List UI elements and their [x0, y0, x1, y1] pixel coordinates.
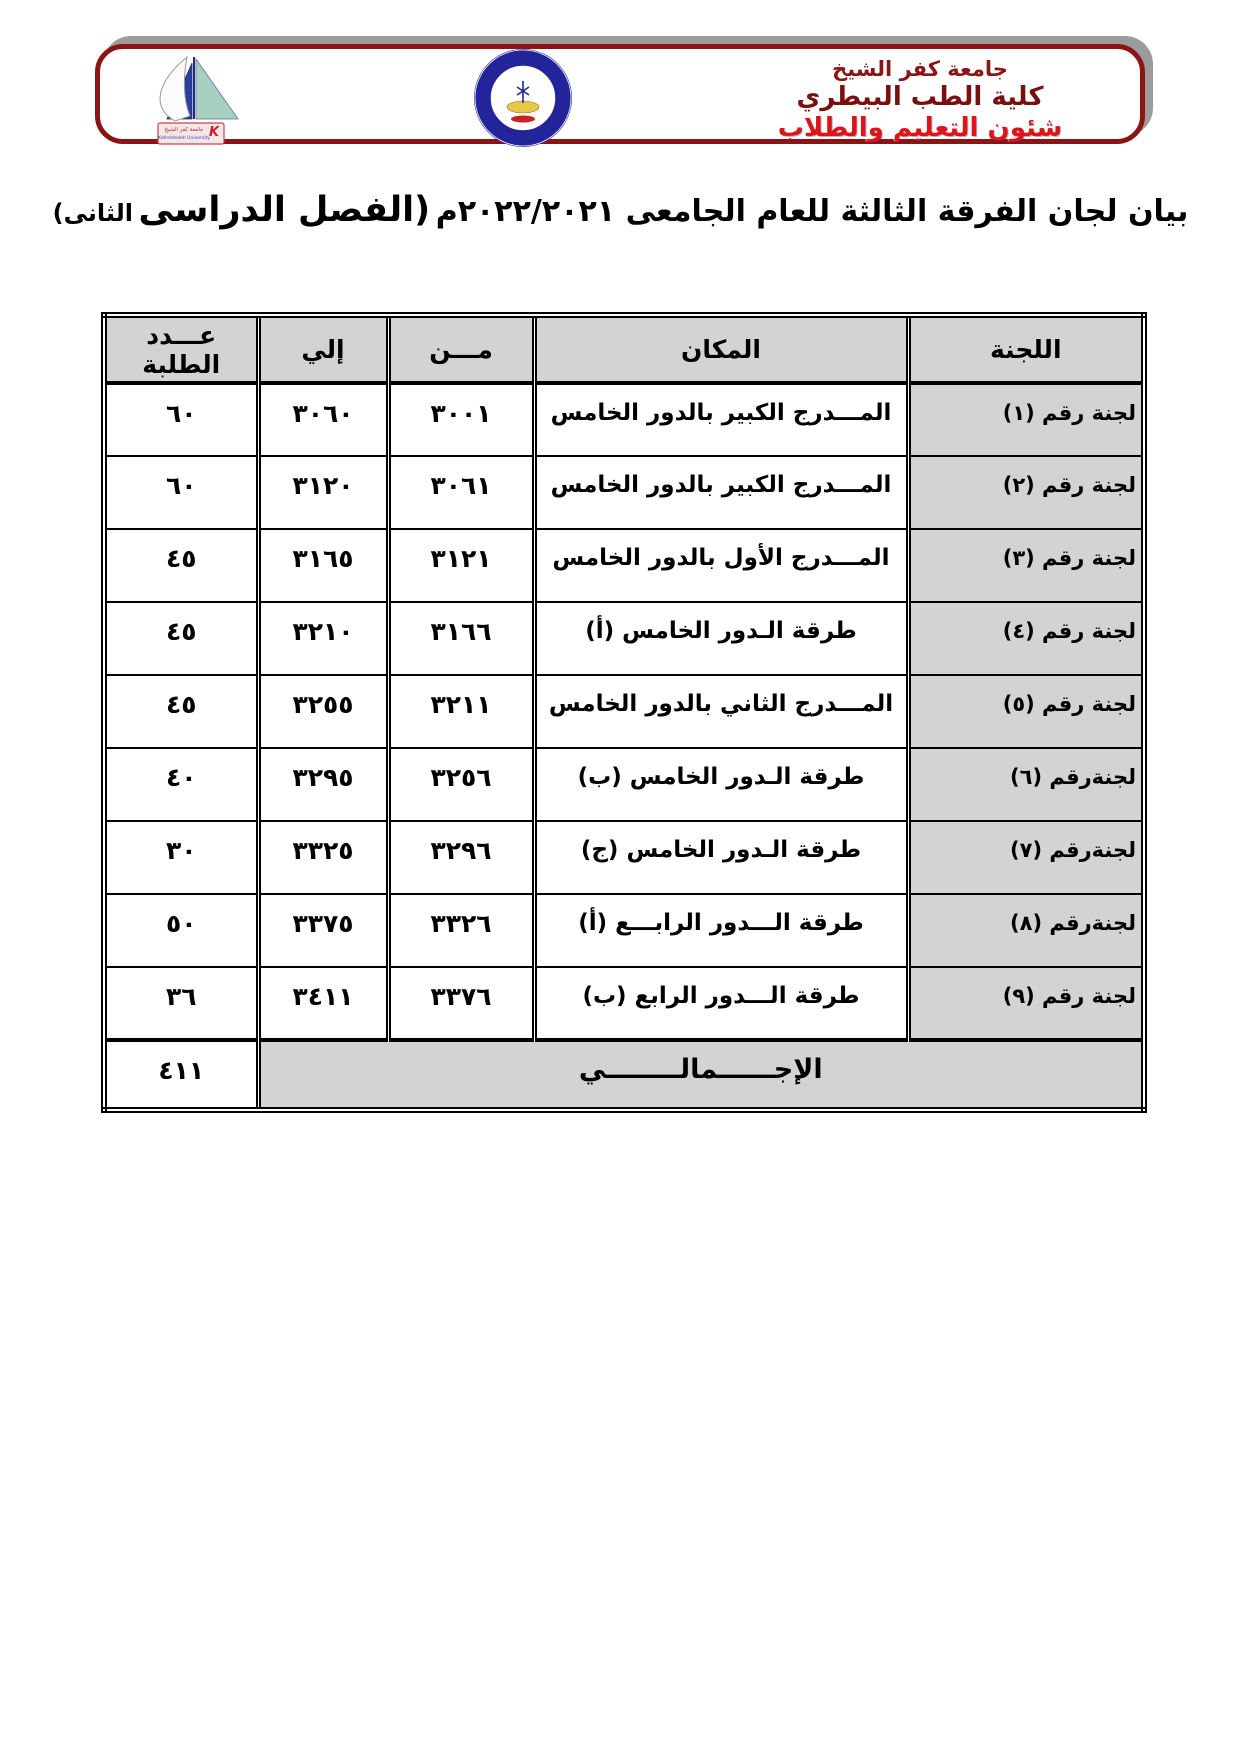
department-name: شئون التعليم والطلاب [755, 113, 1085, 144]
seal-ring-text: كلية معتمدة من الهيئة القومية لضمان جودة… [472, 47, 476, 49]
place-cell: المـــدرج الكبير بالدور الخامس [534, 383, 908, 456]
table-row: لجنة رقم (٩) طرقة الـــدور الرابع (ب) ٣٣… [104, 967, 1144, 1040]
count-cell: ٦٠ [104, 456, 258, 529]
to-cell: ٣٢١٠ [258, 602, 388, 675]
to-cell: ٣١٢٠ [258, 456, 388, 529]
to-cell: ٣٢٩٥ [258, 748, 388, 821]
from-cell: ٣٠٦١ [388, 456, 534, 529]
title-semester-tail: الثانى) [53, 199, 133, 227]
place-cell: طرقة الـــدور الرابع (ب) [534, 967, 908, 1040]
to-cell: ٣٠٦٠ [258, 383, 388, 456]
from-cell: ٣٠٠١ [388, 383, 534, 456]
col-header-count: عـــدد الطلبة [104, 315, 258, 383]
to-cell: ٣٣٧٥ [258, 894, 388, 967]
col-header-committee: اللجنة [908, 315, 1144, 383]
header-banner: K جامعة كفر الشيخ Kafrelsheikh Universit… [95, 44, 1145, 144]
count-cell: ٤٠ [104, 748, 258, 821]
document-page: K جامعة كفر الشيخ Kafrelsheikh Universit… [0, 0, 1241, 1755]
to-cell: ٣٢٥٥ [258, 675, 388, 748]
place-cell: المـــدرج الكبير بالدور الخامس [534, 456, 908, 529]
from-cell: ٣٢٥٦ [388, 748, 534, 821]
col-header-to: إلي [258, 315, 388, 383]
university-sailboat-logo: K جامعة كفر الشيخ Kafrelsheikh Universit… [142, 55, 242, 147]
table-row: لجنة رقم (٥) المـــدرج الثاني بالدور الخ… [104, 675, 1144, 748]
total-row: الإجــــــمالــــــــي ٤١١ [104, 1040, 1144, 1110]
committee-cell: لجنة رقم (٢) [908, 456, 1144, 529]
committee-cell: لجنة رقم (٥) [908, 675, 1144, 748]
table-row: لجنة رقم (٣) المـــدرج الأول بالدور الخا… [104, 529, 1144, 602]
table-row: لجنة رقم (١) المـــدرج الكبير بالدور الخ… [104, 383, 1144, 456]
table-row: لجنةرقم (٧) طرقة الـدور الخامس (ج) ٣٢٩٦ … [104, 821, 1144, 894]
to-cell: ٣٤١١ [258, 967, 388, 1040]
committee-cell: لجنة رقم (١) [908, 383, 1144, 456]
table-row: لجنة رقم (٢) المـــدرج الكبير بالدور الخ… [104, 456, 1144, 529]
count-cell: ٤٥ [104, 602, 258, 675]
table-row: لجنةرقم (٨) طرقة الـــدور الرابـــع (أ) … [104, 894, 1144, 967]
logo-caption-arabic: جامعة كفر الشيخ [165, 126, 204, 133]
count-cell: ٣٦ [104, 967, 258, 1040]
from-cell: ٣١٦٦ [388, 602, 534, 675]
to-cell: ٣٣٢٥ [258, 821, 388, 894]
table-row: لجنةرقم (٦) طرقة الـدور الخامس (ب) ٣٢٥٦ … [104, 748, 1144, 821]
from-cell: ٣١٢١ [388, 529, 534, 602]
table-row: لجنة رقم (٤) طرقة الـدور الخامس (أ) ٣١٦٦… [104, 602, 1144, 675]
header-text-block: جامعة كفر الشيخ كلية الطب البيطري شئون ا… [755, 57, 1085, 145]
from-cell: ٣٣٢٦ [388, 894, 534, 967]
total-value-cell: ٤١١ [104, 1040, 258, 1110]
to-cell: ٣١٦٥ [258, 529, 388, 602]
count-cell: ٥٠ [104, 894, 258, 967]
place-cell: المـــدرج الأول بالدور الخامس [534, 529, 908, 602]
logo-caption-english: Kafrelsheikh University [158, 135, 210, 141]
count-cell: ٦٠ [104, 383, 258, 456]
place-cell: طرقة الـدور الخامس (أ) [534, 602, 908, 675]
committee-cell: لجنةرقم (٧) [908, 821, 1144, 894]
faculty-name: كلية الطب البيطري [755, 82, 1085, 113]
from-cell: ٣٢٩٦ [388, 821, 534, 894]
committee-cell: لجنة رقم (٤) [908, 602, 1144, 675]
sailboat-icon: K جامعة كفر الشيخ Kafrelsheikh Universit… [142, 55, 242, 147]
committee-cell: لجنة رقم (٣) [908, 529, 1144, 602]
count-cell: ٤٥ [104, 529, 258, 602]
committee-cell: لجنةرقم (٦) [908, 748, 1144, 821]
svg-text:كلية معتمدة من الهيئة القومية: كلية معتمدة من الهيئة القومية لضمان جودة… [472, 47, 476, 49]
place-cell: المـــدرج الثاني بالدور الخامس [534, 675, 908, 748]
count-cell: ٣٠ [104, 821, 258, 894]
committee-cell: لجنةرقم (٨) [908, 894, 1144, 967]
accreditation-seal: كلية معتمدة من الهيئة القومية لضمان جودة… [472, 47, 574, 149]
committee-cell: لجنة رقم (٩) [908, 967, 1144, 1040]
total-label-cell: الإجــــــمالــــــــي [258, 1040, 1144, 1110]
count-cell: ٤٥ [104, 675, 258, 748]
place-cell: طرقة الـدور الخامس (ج) [534, 821, 908, 894]
place-cell: طرقة الـــدور الرابـــع (أ) [534, 894, 908, 967]
seal-icon: كلية معتمدة من الهيئة القومية لضمان جودة… [472, 47, 574, 149]
university-name: جامعة كفر الشيخ [755, 57, 1085, 82]
logo-k-letter: K [209, 125, 220, 140]
col-header-from: مـــن [388, 315, 534, 383]
place-cell: طرقة الـدور الخامس (ب) [534, 748, 908, 821]
title-main: بيان لجان الفرقة الثالثة للعام الجامعى ٢… [436, 194, 1189, 229]
page-title: بيان لجان الفرقة الثالثة للعام الجامعى ٢… [0, 190, 1241, 230]
committees-table: اللجنة المكان مـــن إلي عـــدد الطلبة لج… [101, 312, 1147, 1113]
from-cell: ٣٢١١ [388, 675, 534, 748]
from-cell: ٣٣٧٦ [388, 967, 534, 1040]
col-header-place: المكان [534, 315, 908, 383]
table-header-row: اللجنة المكان مـــن إلي عـــدد الطلبة [104, 315, 1144, 383]
title-semester-lead: (الفصل الدراسى [139, 190, 431, 230]
